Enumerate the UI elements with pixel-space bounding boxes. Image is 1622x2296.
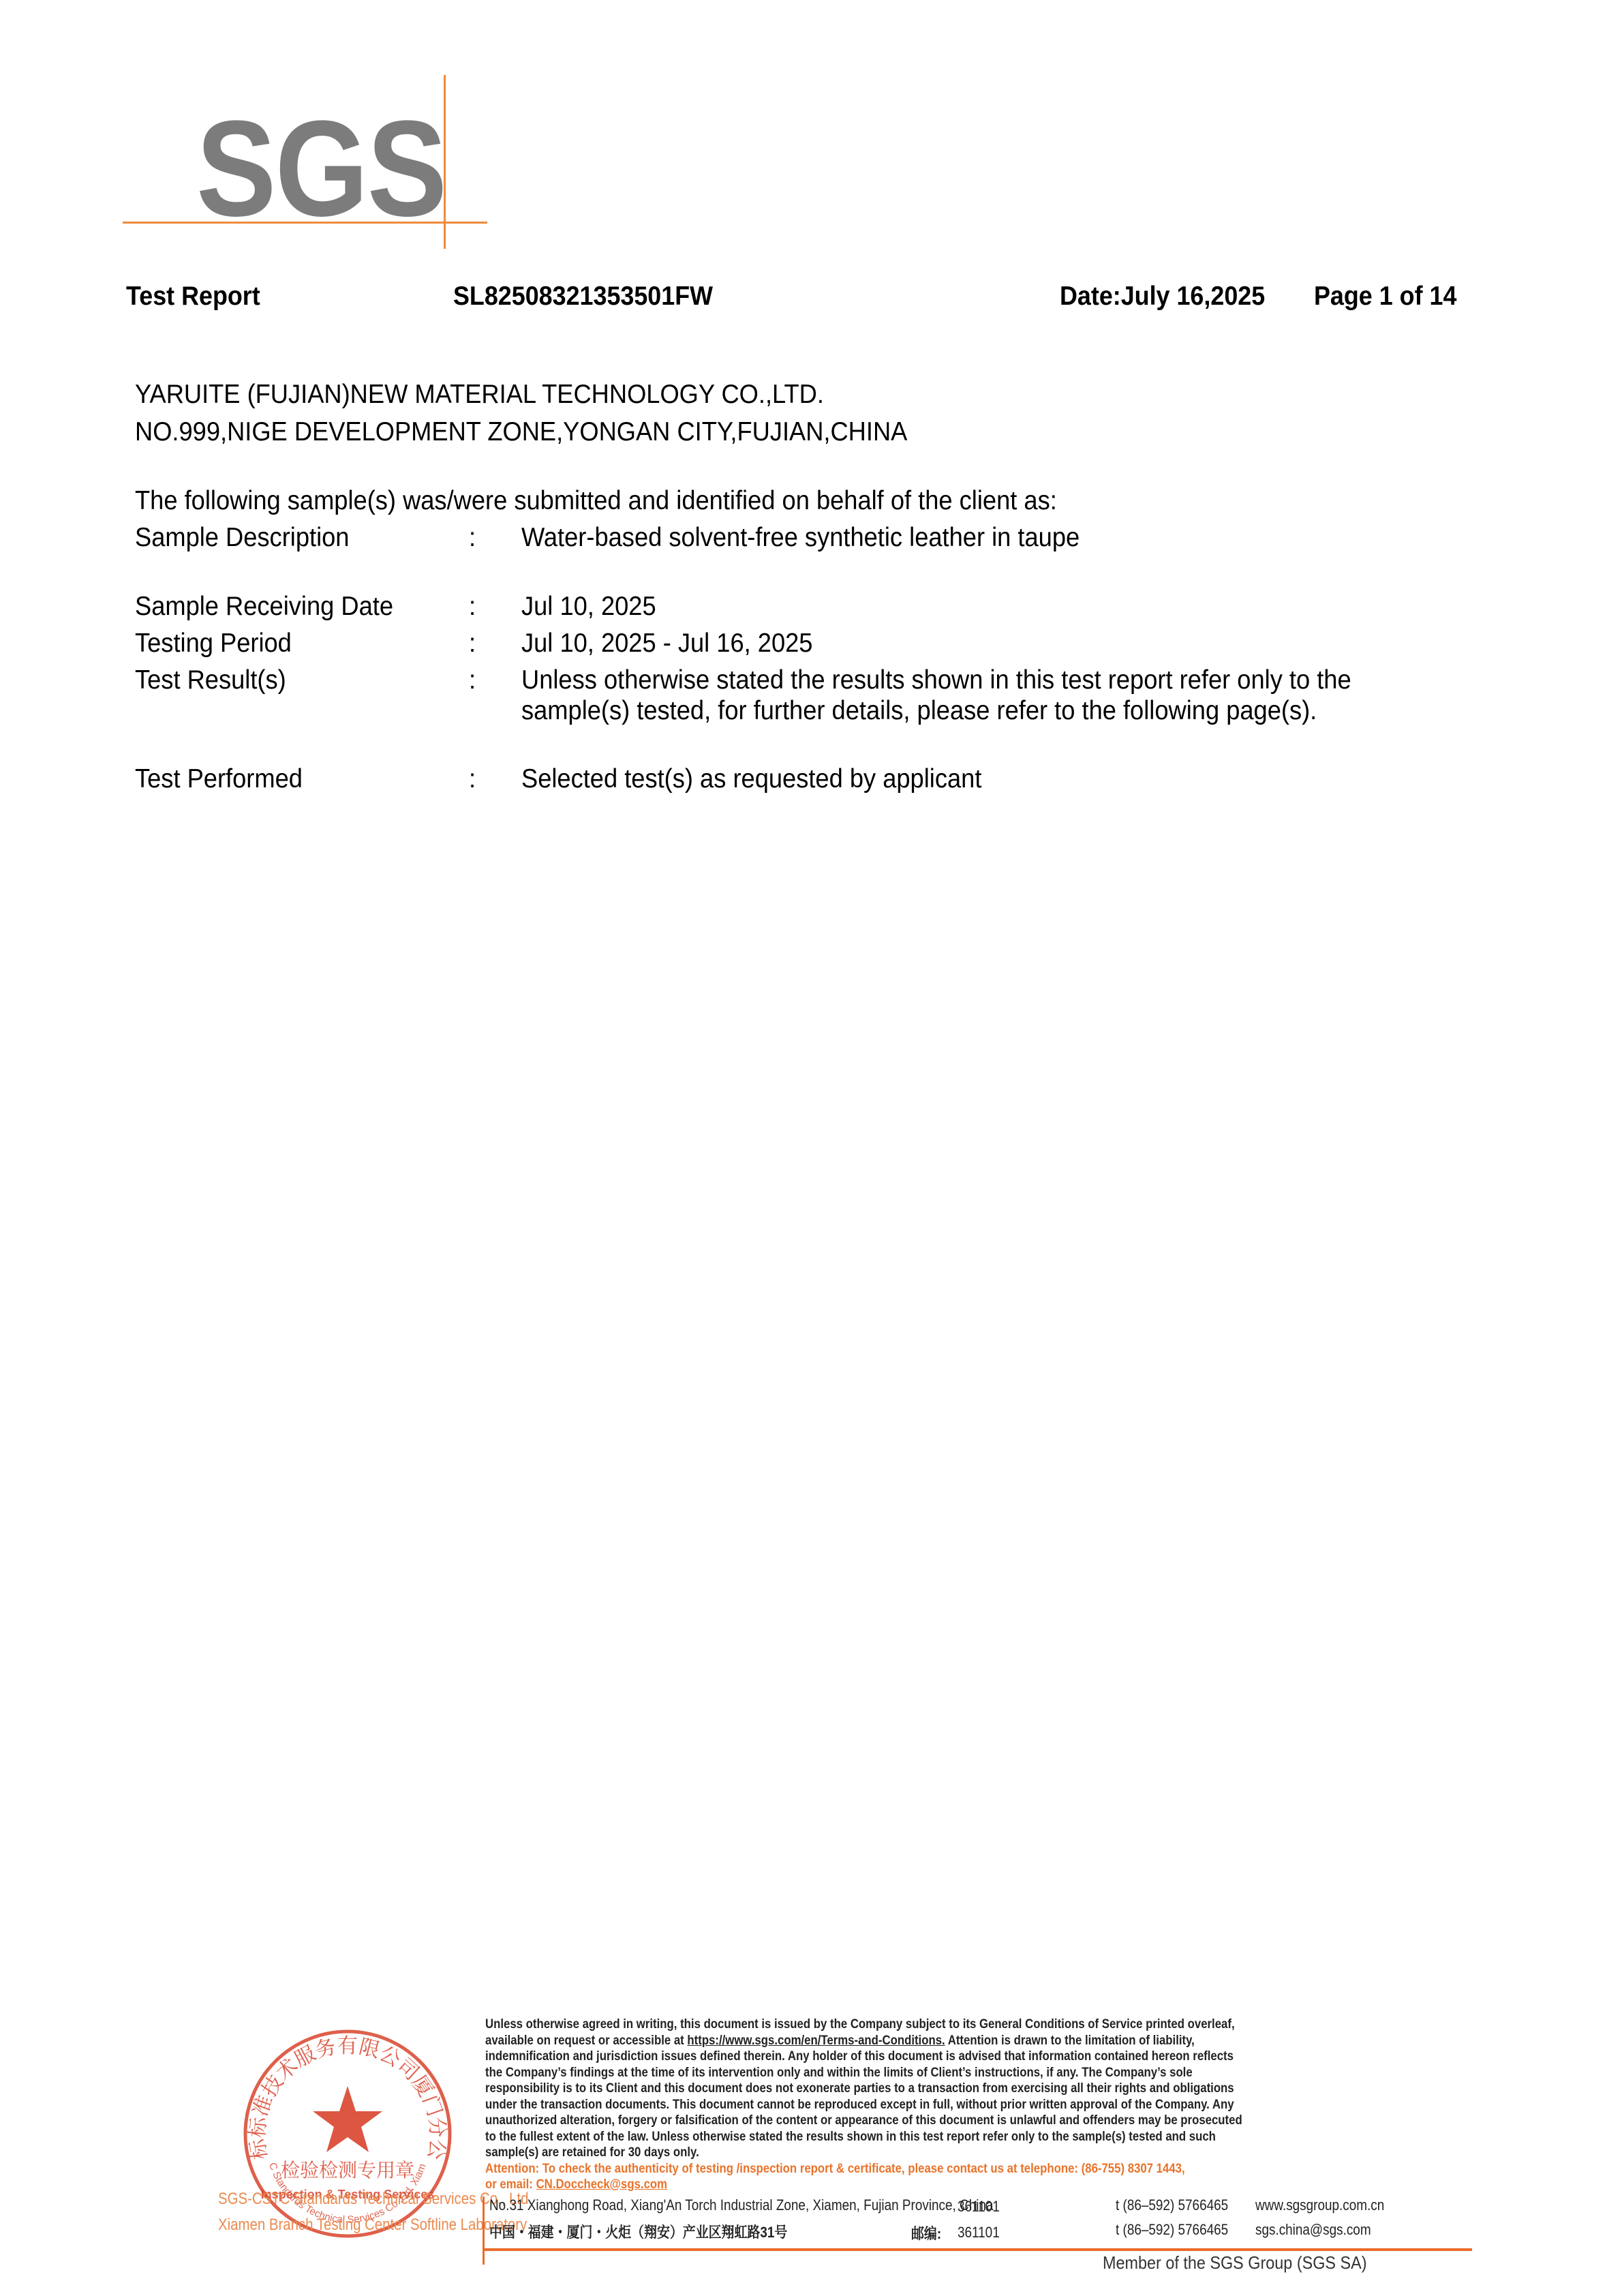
svg-text:检验检测专用章: 检验检测专用章 <box>281 2159 414 2181</box>
disclaimer-text: available on request or accessible at <box>485 2033 687 2048</box>
disclaimer-line: the Company’s findings at the time of it… <box>485 2065 1270 2081</box>
terms-link[interactable]: https://www.sgs.com/en/Terms-and-Conditi… <box>687 2033 945 2048</box>
field-value-test-results-line2: sample(s) tested, for further details, p… <box>521 696 1317 726</box>
footer-vertical-rule <box>483 2196 485 2265</box>
official-stamp: 通标标准技术服务有限公司厦门分公司 检验检测专用章 Inspection & T… <box>235 2021 460 2246</box>
client-name: YARUITE (FUJIAN)NEW MATERIAL TECHNOLOGY … <box>135 380 824 410</box>
field-separator: : <box>469 665 476 695</box>
address-chinese: 中国・福建・厦门・火炬（翔安）产业区翔虹路31号 <box>489 2221 787 2242</box>
disclaimer-line: Unless otherwise agreed in writing, this… <box>485 2016 1270 2033</box>
website-link[interactable]: www.sgsgroup.com.cn <box>1255 2196 1384 2214</box>
field-label-receiving-date: Sample Receiving Date <box>135 592 393 622</box>
page-indicator: Page 1 of 14 <box>1314 282 1456 312</box>
field-value-sample-description: Water-based solvent-free synthetic leath… <box>521 523 1080 553</box>
company-name-line1: SGS-CSTC Standards Technical Services Co… <box>218 2190 532 2209</box>
field-value-testing-period: Jul 10, 2025 - Jul 16, 2025 <box>521 629 812 659</box>
field-value-test-results-line1: Unless otherwise stated the results show… <box>521 665 1351 695</box>
legal-disclaimer: Unless otherwise agreed in writing, this… <box>485 2016 1398 2193</box>
disclaimer-line: responsibility is to its Client and this… <box>485 2081 1270 2097</box>
field-label-test-results: Test Result(s) <box>135 665 286 695</box>
field-value-test-performed: Selected test(s) as requested by applica… <box>521 764 981 794</box>
disclaimer-line: under the transaction documents. This do… <box>485 2097 1270 2113</box>
phone-2: t (86–592) 5766465 <box>1116 2221 1228 2239</box>
field-label-testing-period: Testing Period <box>135 629 292 659</box>
member-of-sgs-group: Member of the SGS Group (SGS SA) <box>1103 2252 1367 2274</box>
field-label-test-performed: Test Performed <box>135 764 303 794</box>
disclaimer-text: Attention is drawn to the limitation of … <box>945 2033 1195 2048</box>
field-separator: : <box>469 629 476 659</box>
field-separator: : <box>469 523 476 553</box>
disclaimer-line: to the fullest extent of the law. Unless… <box>485 2129 1270 2145</box>
report-title: Test Report <box>126 282 260 312</box>
field-value-receiving-date: Jul 10, 2025 <box>521 592 656 622</box>
report-date: Date:July 16,2025 <box>1060 282 1265 312</box>
logo-text: SGS <box>196 101 446 237</box>
postcode-english: 361101 <box>958 2198 1000 2216</box>
client-address: NO.999,NIGE DEVELOPMENT ZONE,YONGAN CITY… <box>135 417 907 447</box>
disclaimer-line: available on request or accessible at ht… <box>485 2033 1270 2049</box>
attention-email-line: or email: CN.Doccheck@sgs.com <box>485 2177 1270 2193</box>
field-label-sample-description: Sample Description <box>135 523 349 553</box>
disclaimer-line: unauthorized alteration, forgery or fals… <box>485 2113 1270 2129</box>
sgs-logo: SGS <box>123 75 504 259</box>
address-english: No.31 Xianghong Road, Xiang'An Torch Ind… <box>489 2196 993 2214</box>
postcode-chinese-label: 邮编: <box>911 2222 941 2244</box>
logo-horizontal-rule <box>123 222 487 224</box>
doccheck-email-link[interactable]: CN.Doccheck@sgs.com <box>536 2177 668 2192</box>
logo-vertical-rule <box>444 75 446 249</box>
disclaimer-line: indemnification and jurisdiction issues … <box>485 2049 1270 2065</box>
contact-email-link[interactable]: sgs.china@sgs.com <box>1255 2221 1371 2239</box>
footer-horizontal-rule <box>483 2248 1472 2251</box>
phone-1: t (86–592) 5766465 <box>1116 2196 1228 2214</box>
intro-text: The following sample(s) was/were submitt… <box>135 486 1057 516</box>
field-separator: : <box>469 764 476 794</box>
attention-line: Attention: To check the authenticity of … <box>485 2161 1270 2177</box>
company-name-line2: Xiamen Branch Testing Center Softline La… <box>218 2216 527 2235</box>
stamp-seal-icon: 通标标准技术服务有限公司厦门分公司 检验检测专用章 Inspection & T… <box>235 2021 460 2246</box>
disclaimer-line: sample(s) are retained for 30 days only. <box>485 2145 1270 2161</box>
postcode-chinese: 361101 <box>958 2224 1000 2241</box>
report-number: SL82508321353501FW <box>453 282 713 312</box>
field-separator: : <box>469 592 476 622</box>
